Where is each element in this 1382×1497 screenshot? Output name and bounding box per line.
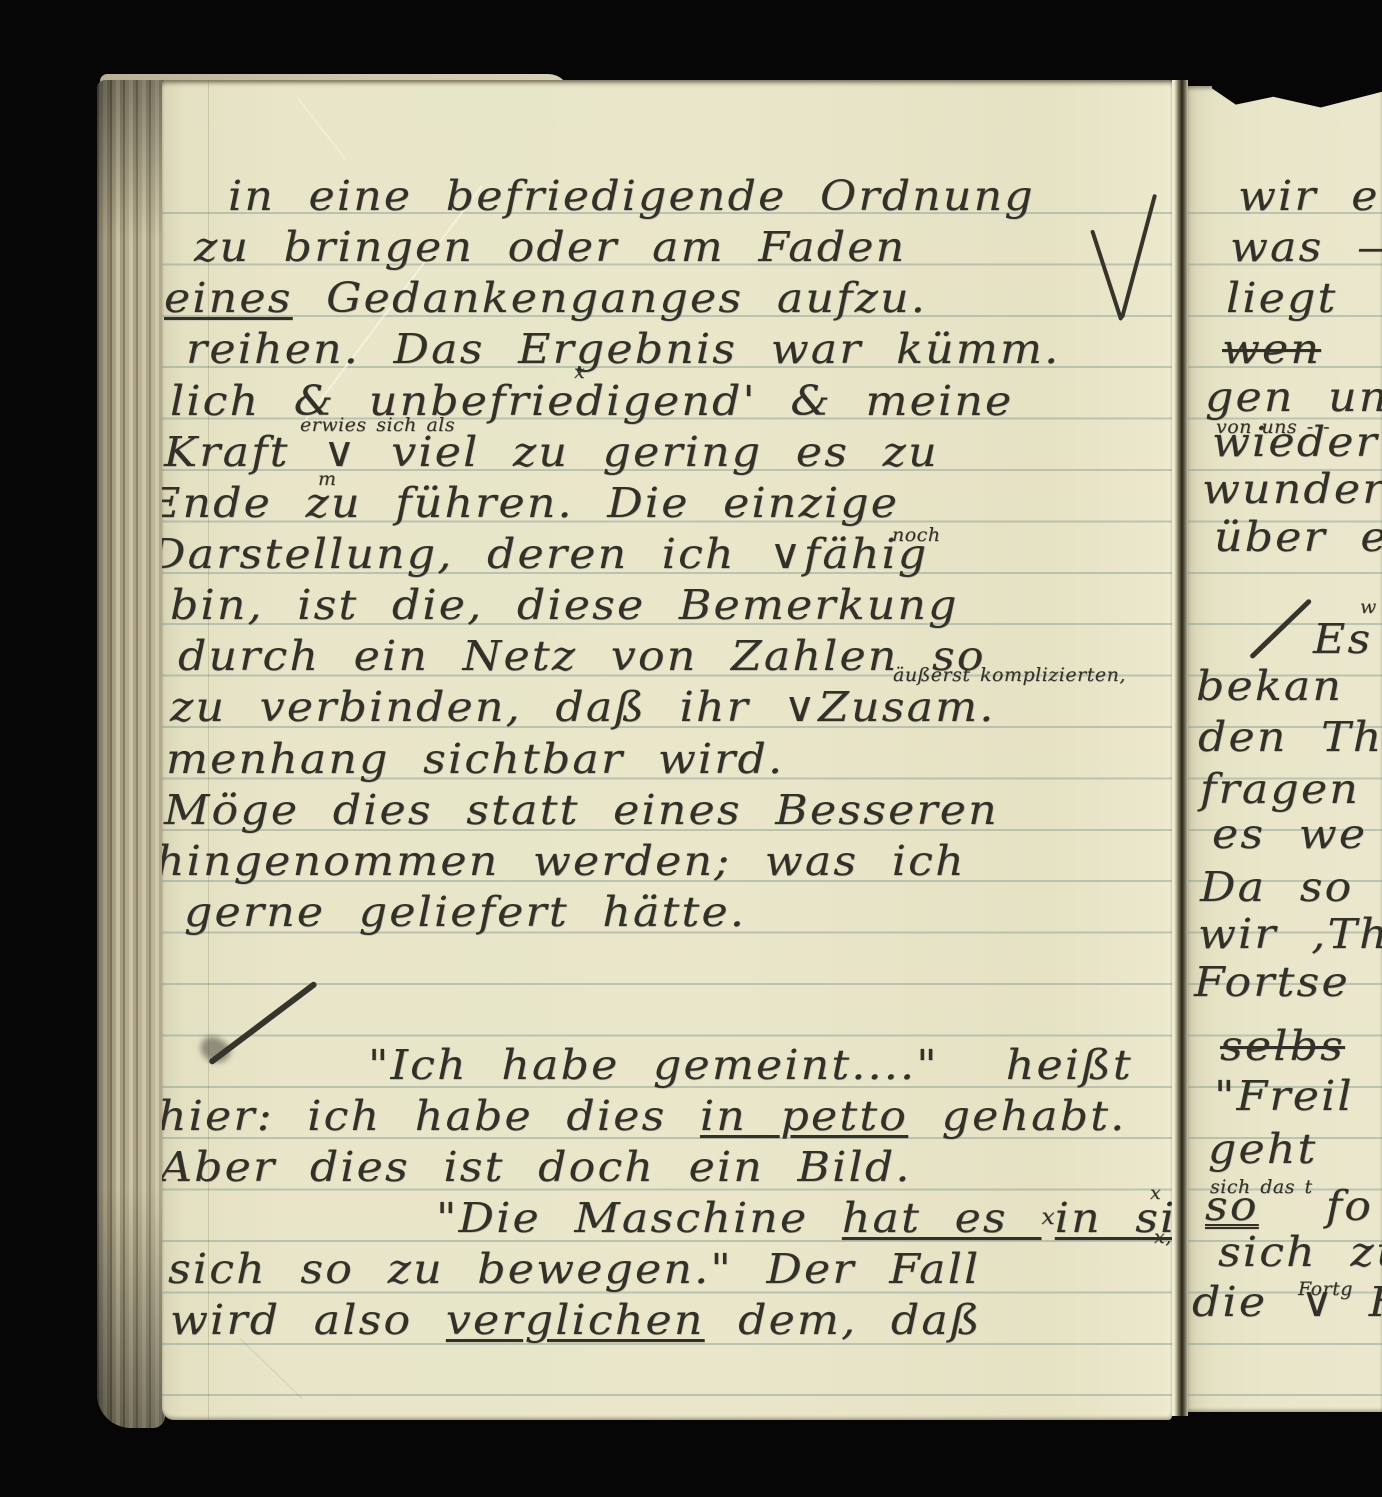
handwriting-line: Ende zu führen. Die einzige [162, 479, 899, 527]
notebook-photo: in eine befriedigende Ordnungzu bringen … [0, 0, 1382, 1497]
handwriting-line: in eine befriedigende Ordnung [228, 172, 1035, 220]
handwriting-line: Darstellung, deren ich ∨fähig [162, 530, 928, 578]
handwriting-line: lich & unbefriedigend' & meine [170, 377, 1013, 425]
handwriting-insertion: w [1360, 596, 1377, 618]
handwriting-segment: fo [1259, 1182, 1373, 1230]
handwriting-line: Möge dies statt eines Besseren [164, 786, 999, 834]
handwriting-segment: gerne geliefert hätte. [184, 888, 746, 936]
handwriting-segment: verglichen [446, 1296, 705, 1344]
handwriting-segment: wird also [170, 1296, 446, 1344]
handwriting-segment: hat es [842, 1194, 1041, 1242]
handwriting-segment: "Ich habe gemeint...." heißt [368, 1041, 1133, 1089]
handwriting-segment: Da so [1200, 863, 1353, 911]
handwriting-line: menhang sichtbar wird. [166, 735, 784, 783]
handwriting-line: geht [1208, 1125, 1318, 1173]
handwriting-insertion: erwies sich als [300, 414, 455, 436]
handwriting-segment: x [574, 361, 585, 383]
handwriting-line: reihen. Das Ergebnis war kümm. [186, 325, 1060, 373]
handwriting-line: "Freil [1214, 1072, 1354, 1120]
handwriting-segment: Kraft ∨ viel zu gering es zu [164, 428, 939, 476]
handwriting-segment: über e [1214, 513, 1382, 561]
right-page: wir etwas —liegtwengen unvon uns - -wied… [1188, 86, 1382, 1412]
handwriting-segment: eines [164, 274, 293, 322]
handwriting-segment: wunder [1202, 465, 1382, 513]
handwriting-line: über e [1214, 513, 1382, 561]
handwriting-segment: den Th [1198, 713, 1382, 761]
handwriting-line: den Th [1198, 713, 1382, 761]
handwriting-segment: zu verbinden, daß ihr ∨Zusam. [170, 683, 996, 731]
handwriting-segment: gen un [1205, 373, 1382, 421]
handwriting-segment: x, [1154, 1226, 1172, 1248]
handwriting-line: durch ein Netz von Zahlen so [178, 632, 986, 680]
handwriting-segment: x [1150, 1182, 1161, 1204]
handwriting-line: gen un [1205, 373, 1382, 421]
handwriting-insertion: äußerst komplizierten, [893, 664, 1126, 686]
handwriting-segment: bin, ist die, diese Bemerkung [170, 581, 959, 629]
handwriting-segment: hingenommen werden; was ich [162, 837, 966, 885]
paper-scratch [297, 97, 347, 161]
handwriting-line: zu verbinden, daß ihr ∨Zusam. [170, 683, 996, 731]
handwriting-segment: gehabt. [908, 1092, 1126, 1140]
handwriting-segment: wir ,Th [1198, 910, 1382, 958]
handwriting-segment: sich zu [1218, 1228, 1382, 1276]
handwriting-segment: fragen [1200, 765, 1360, 813]
handwriting-insertion: x [574, 361, 585, 383]
handwriting-segment: es we [1212, 810, 1367, 858]
handwriting-segment: lich & unbefriedigend' & meine [170, 377, 1013, 425]
handwriting-line: sich so zu bewegen." Der Fall [168, 1245, 980, 1293]
handwriting-line: Aber dies ist doch ein Bild. [162, 1143, 912, 1191]
handwriting-line: fragen [1200, 765, 1360, 813]
handwriting-line: zu bringen oder am Faden [194, 223, 906, 271]
handwriting-segment: so [1205, 1182, 1259, 1230]
handwriting-segment: x [1041, 1205, 1054, 1230]
handwriting-segment: "Freil [1214, 1072, 1354, 1120]
handwriting-segment: Möge dies statt eines Besseren [164, 786, 999, 834]
handwriting-segment: die ∨ H [1192, 1278, 1382, 1326]
handwriting-insertion: x [1150, 1182, 1161, 1204]
handwriting-line: "Ich habe gemeint...." heißt [368, 1041, 1133, 1089]
handwriting-line: selbs [1220, 1022, 1345, 1070]
handwriting-line: hier: ich habe dies in petto gehabt. [162, 1092, 1126, 1140]
book-spine-gutter [1172, 80, 1188, 1416]
handwriting-segment: wir et [1238, 172, 1382, 220]
handwriting-line: bin, ist die, diese Bemerkung [170, 581, 959, 629]
handwriting-segment: in petto [700, 1092, 908, 1140]
handwriting-insertion: m [318, 468, 337, 490]
handwriting-segment: äußerst komplizierten, [893, 664, 1126, 686]
handwriting-line: die ∨ H [1192, 1278, 1382, 1326]
handwriting-line: Kraft ∨ viel zu gering es zu [164, 428, 939, 476]
handwriting-line: wen [1222, 325, 1321, 373]
handwriting-segment: bekan [1196, 662, 1343, 710]
handwriting-segment: zu bringen oder am Faden [194, 223, 906, 271]
handwriting-segment: Gedankenganges aufzu. [293, 274, 927, 322]
handwriting-line: Fortse [1194, 958, 1350, 1006]
handwriting-segment: selbs [1220, 1022, 1345, 1070]
handwriting-segment: Es [1313, 615, 1372, 663]
handwriting-line: so fo [1205, 1182, 1373, 1230]
handwriting-segment: "Die Maschine [436, 1194, 842, 1242]
handwriting-segment: liegt [1226, 274, 1337, 322]
handwriting-segment: was — [1230, 223, 1382, 271]
handwriting-segment: dem, daß [705, 1296, 982, 1344]
handwriting-segment: Ende zu führen. Die einzige [162, 479, 899, 527]
handwriting-segment: hier: ich habe dies [162, 1092, 700, 1140]
handwriting-line: wieder [1212, 418, 1379, 466]
handwriting-line: liegt [1226, 274, 1337, 322]
handwriting-segment: m [318, 468, 337, 490]
page-edge-stack [97, 80, 165, 1428]
handwriting-line: Es [1313, 615, 1372, 663]
handwriting-line: wird also verglichen dem, daß [170, 1296, 982, 1344]
handwriting-segment: noch [892, 524, 941, 546]
handwriting-line: was — [1230, 223, 1382, 271]
handwriting-segment: Aber dies ist doch ein Bild. [162, 1143, 912, 1191]
handwriting-segment: durch ein Netz von Zahlen so [178, 632, 986, 680]
handwriting-line: wir et [1238, 172, 1382, 220]
handwriting-insertion: noch [892, 524, 941, 546]
handwriting-line: "Die Maschine hat es xin sich, [436, 1194, 1172, 1242]
handwriting-segment: in eine befriedigende Ordnung [228, 172, 1035, 220]
handwriting-segment: Fortse [1194, 958, 1350, 1006]
handwriting-segment: reihen. Das Ergebnis war kümm. [186, 325, 1060, 373]
handwriting-insertion: x, [1154, 1226, 1172, 1248]
handwriting-segment: sich so zu bewegen." Der Fall [168, 1245, 980, 1293]
handwriting-line: hingenommen werden; was ich [162, 837, 966, 885]
handwriting-line: eines Gedankenganges aufzu. [164, 274, 927, 322]
handwriting-line: gerne geliefert hätte. [184, 888, 746, 936]
handwriting-line: es we [1212, 810, 1367, 858]
handwriting-segment: menhang sichtbar wird. [166, 735, 784, 783]
handwriting-line: sich zu [1218, 1228, 1382, 1276]
handwriting-segment: geht [1208, 1125, 1318, 1173]
handwriting-segment: wen [1222, 325, 1321, 373]
handwriting-line: wunder [1202, 465, 1382, 513]
left-page: in eine befriedigende Ordnungzu bringen … [162, 80, 1172, 1420]
handwriting-line: bekan [1196, 662, 1343, 710]
handwriting-segment: Darstellung, deren ich ∨fähig [162, 530, 928, 578]
handwriting-segment: w [1360, 596, 1377, 618]
handwriting-segment: erwies sich als [300, 414, 455, 436]
handwriting-segment: wieder [1212, 418, 1379, 466]
handwriting-line: wir ,Th [1198, 910, 1382, 958]
handwriting-line: Da so [1200, 863, 1353, 911]
